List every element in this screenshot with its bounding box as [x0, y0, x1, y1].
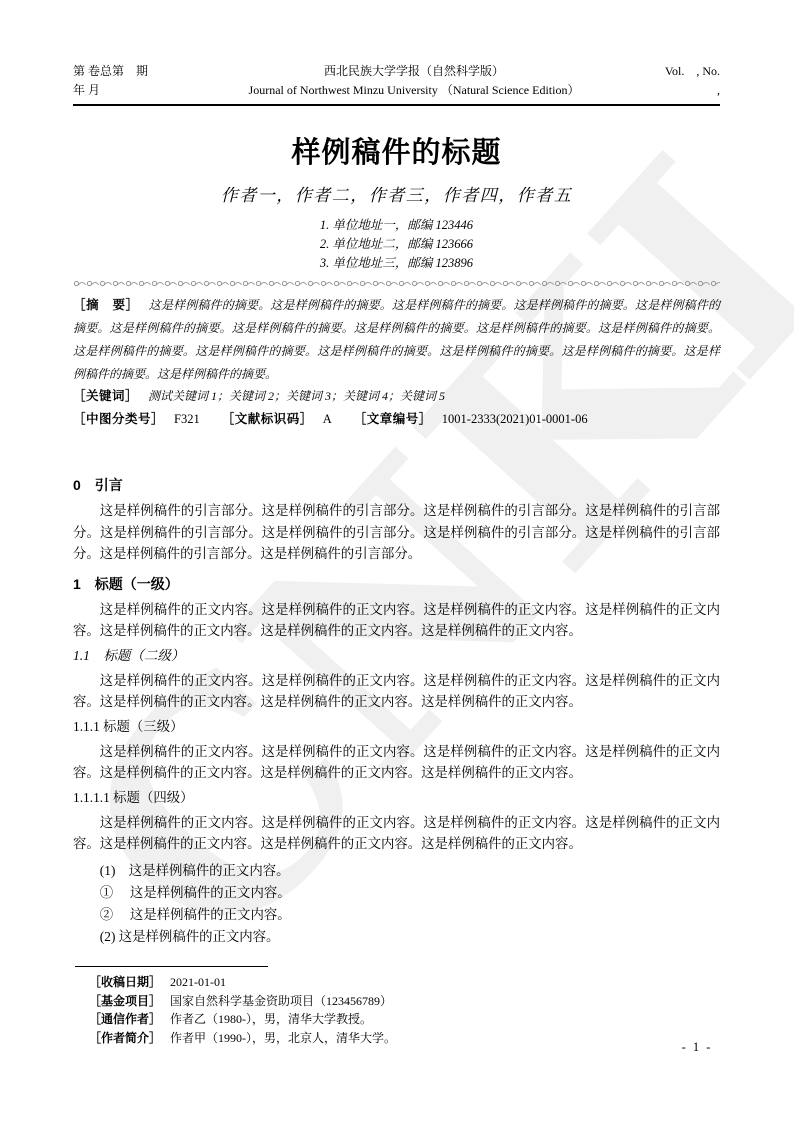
journal-title-en: Journal of Northwest Minzu University （N… — [203, 81, 625, 100]
doc-code-label: ［文献标识码］ — [222, 412, 313, 426]
affiliation-1: 1. 单位地址一，邮编 123446 — [73, 216, 720, 235]
article-id-value: 1001-2333(2021)01-0001-06 — [442, 412, 588, 426]
abstract-paragraph: ［摘 要］这是样例稿件的摘要。这是样例稿件的摘要。这是样例稿件的摘要。这是样例稿… — [73, 294, 720, 386]
body-paragraph-level4: 这是样例稿件的正文内容。这是样例稿件的正文内容。这是样例稿件的正文内容。这是样例… — [73, 812, 720, 855]
header-vol-no: Vol. , No. — [625, 62, 720, 81]
decorative-divider — [73, 279, 720, 288]
footnote-text: 国家自然科学基金资助项目（123456789） — [170, 994, 392, 1008]
article-id-label: ［文章编号］ — [354, 412, 432, 426]
keywords-text: 测试关键词 1；关键词 2；关键词 3；关键词 4；关键词 5 — [148, 389, 445, 403]
footnote-block: ［收稿日期］2021-01-01 ［基金项目］国家自然科学基金资助项目（1234… — [75, 966, 595, 1047]
section-heading-level3: 1.1.1 标题（三级） — [73, 717, 720, 736]
page-content: 第 卷总第 期 西北民族大学学报（自然科学版） Vol. , No. 年 月 J… — [73, 62, 720, 948]
journal-manuscript-page: CNKI 第 卷总第 期 西北民族大学学报（自然科学版） Vol. , No. … — [0, 0, 794, 1123]
footnote-label: ［收稿日期］ — [89, 975, 161, 989]
doc-code-value: A — [323, 412, 332, 426]
clc-value: F321 — [174, 412, 200, 426]
list-item-2: (2) 这是样例稿件的正文内容。 — [73, 926, 720, 948]
footnote-separator-rule — [75, 966, 268, 967]
footnote-label: ［基金项目］ — [89, 994, 161, 1008]
list-item-1: (1) 这是样例稿件的正文内容。 — [73, 860, 720, 882]
header-year-month: 年 月 — [73, 81, 203, 100]
affiliation-3: 3. 单位地址三，邮编 123896 — [73, 254, 720, 273]
footnote-received-date: ［收稿日期］2021-01-01 — [75, 973, 595, 992]
page-number: - 1 - — [657, 1040, 737, 1055]
author-list: 作者一，作者二，作者三，作者四，作者五 — [73, 184, 720, 208]
section-heading-level4: 1.1.1.1 标题（四级） — [73, 788, 720, 807]
body-paragraph-level3: 这是样例稿件的正文内容。这是样例稿件的正文内容。这是样例稿件的正文内容。这是样例… — [73, 741, 720, 784]
section-heading-level2: 1.1 标题（二级） — [73, 646, 720, 665]
classification-line: ［中图分类号］F321［文献标识码］A［文章编号］1001-2333(2021)… — [73, 409, 720, 430]
running-header: 第 卷总第 期 西北民族大学学报（自然科学版） Vol. , No. 年 月 J… — [73, 62, 720, 106]
abstract-label: ［摘 要］ — [73, 298, 139, 312]
header-volume-issue: 第 卷总第 期 — [73, 62, 203, 81]
footnote-corresponding-author: ［通信作者］作者乙（1980-），男，清华大学教授。 — [75, 1010, 595, 1029]
body-paragraph-level1: 这是样例稿件的正文内容。这是样例稿件的正文内容。这是样例稿件的正文内容。这是样例… — [73, 599, 720, 642]
header-date-comma: , — [625, 81, 720, 100]
footnote-author-bio: ［作者简介］作者甲（1990-），男，北京人，清华大学。 — [75, 1029, 595, 1048]
list-item-circled-2: ② 这是样例稿件的正文内容。 — [73, 904, 720, 926]
keywords-label: ［关键词］ — [73, 389, 138, 403]
header-row-1: 第 卷总第 期 西北民族大学学报（自然科学版） Vol. , No. — [73, 62, 720, 81]
intro-paragraph: 这是样例稿件的引言部分。这是样例稿件的引言部分。这是样例稿件的引言部分。这是样例… — [73, 500, 720, 565]
article-title: 样例稿件的标题 — [73, 134, 720, 172]
body-paragraph-level2: 这是样例稿件的正文内容。这是样例稿件的正文内容。这是样例稿件的正文内容。这是样例… — [73, 670, 720, 713]
footnote-label: ［作者简介］ — [89, 1031, 161, 1045]
footnote-text: 作者乙（1980-），男，清华大学教授。 — [170, 1012, 372, 1026]
affiliation-2: 2. 单位地址二，邮编 123666 — [73, 235, 720, 254]
abstract-text: 这是样例稿件的摘要。这是样例稿件的摘要。这是样例稿件的摘要。这是样例稿件的摘要。… — [73, 298, 720, 381]
clc-label: ［中图分类号］ — [73, 412, 164, 426]
footnote-text: 2021-01-01 — [170, 975, 226, 989]
footnote-text: 作者甲（1990-），男，北京人，清华大学。 — [170, 1031, 396, 1045]
footnote-label: ［通信作者］ — [89, 1012, 161, 1026]
keywords-paragraph: ［关键词］测试关键词 1；关键词 2；关键词 3；关键词 4；关键词 5 — [73, 386, 720, 407]
section-heading-level1: 1 标题（一级） — [73, 575, 720, 594]
header-row-2: 年 月 Journal of Northwest Minzu Universit… — [73, 81, 720, 100]
journal-title-cn: 西北民族大学学报（自然科学版） — [203, 62, 625, 81]
section-heading-intro: 0 引言 — [73, 476, 720, 495]
footnote-funding: ［基金项目］国家自然科学基金资助项目（123456789） — [75, 992, 595, 1011]
list-item-circled-1: ① 这是样例稿件的正文内容。 — [73, 882, 720, 904]
